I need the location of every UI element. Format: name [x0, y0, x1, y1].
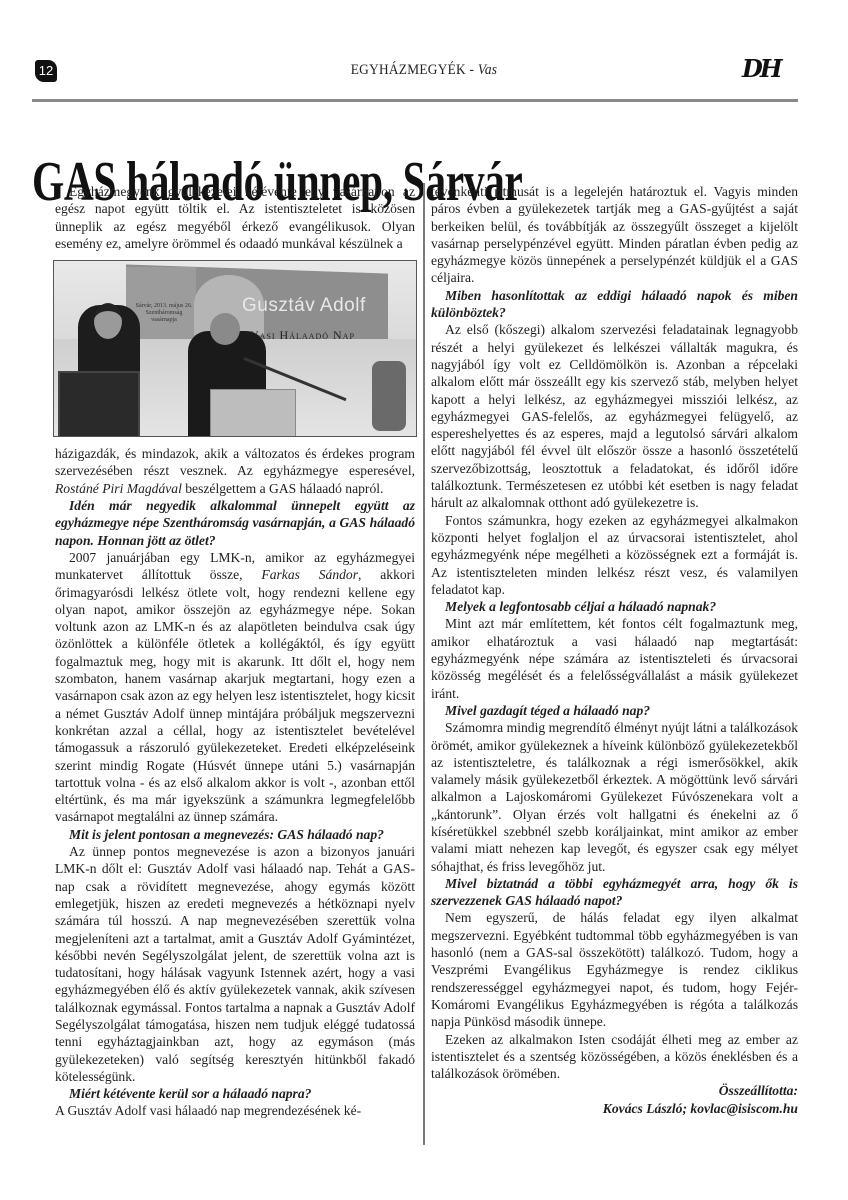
- column-divider: [423, 183, 425, 1145]
- photo-flowers: [372, 361, 406, 431]
- photo-lectern: [210, 389, 296, 437]
- answer-7: Nem egyszerű, de hálás feladat egy ilyen…: [431, 909, 798, 1030]
- answer-3-start: A Gusztáv Adolf vasi hálaadó nap megrend…: [55, 1102, 415, 1119]
- intro-continuation: házigazdák, és mindazok, akik a változat…: [55, 445, 415, 497]
- question-1: Idén már negyedik alkalommal ünnepelt eg…: [55, 497, 415, 549]
- publication-logo: DH: [742, 54, 780, 83]
- question-6: Mivel gazdagít téged a hálaadó nap?: [431, 702, 798, 719]
- byline-author: Kovács László; kovlac@isiscom.hu: [431, 1100, 798, 1117]
- section-separator: -: [466, 62, 478, 78]
- header-rule: [32, 99, 798, 102]
- intro-text-a: házigazdák, és mindazok, akik a változat…: [55, 446, 415, 478]
- section-name: EGYHÁZMEGYÉK: [351, 62, 466, 78]
- question-4: Miben hasonlítottak az eddigi hálaadó na…: [431, 287, 798, 322]
- answer-6: Számomra mindig megrendítő élményt nyújt…: [431, 719, 798, 875]
- article-photo: Sárvár, 2013. május 26. Szentháromság va…: [53, 260, 417, 437]
- photo-banner-title: Gusztáv Adolf: [242, 297, 366, 314]
- answer-2: Az ünnep pontos megnevezése is azon a bi…: [55, 843, 415, 1085]
- running-head: EGYHÁZMEGYÉK - Vas: [34, 62, 814, 79]
- photo-person-left-head: [94, 303, 122, 339]
- intro-text-b: beszélgettem a GAS hálaadó napról.: [182, 481, 384, 496]
- photo-banner-date: Sárvár, 2013. május 26. Szentháromság va…: [134, 303, 194, 324]
- question-3: Miért kétévente kerül sor a hálaadó napr…: [55, 1085, 415, 1102]
- interviewee-name: Rostáné Piri Magdával: [55, 481, 182, 496]
- answer-3-continued: tévenkénti ritmusát is a legelején határ…: [431, 183, 798, 287]
- answer-5: Mint azt már említettem, két fontos célt…: [431, 615, 798, 701]
- question-2: Mit is jelent pontosan a megnevezés: GAS…: [55, 826, 415, 843]
- intro-paragraph: Egyházmegyénk gyülekezetei kétévente egy…: [55, 183, 415, 252]
- photo-loudspeaker: [58, 371, 140, 437]
- question-7: Mivel biztatnád a többi egyházmegyét arr…: [431, 875, 798, 910]
- answer-7b: Ezeken az alkalmakon Isten csodáját élhe…: [431, 1031, 798, 1083]
- question-5: Melyek a legfontosabb céljai a hálaadó n…: [431, 598, 798, 615]
- photo-pastor-head: [210, 313, 240, 345]
- answer-1: 2007 januárjában egy LMK-n, amikor az eg…: [55, 549, 415, 826]
- left-column: Egyházmegyénk gyülekezetei kétévente egy…: [55, 183, 415, 1120]
- subsection-name: Vas: [478, 62, 497, 78]
- answer-1-b: , akkori őrimagyarósdi lelkész ötlete vo…: [55, 567, 415, 824]
- person-name: Farkas Sándor: [261, 567, 358, 582]
- right-column: tévenkénti ritmusát is a legelején határ…: [431, 183, 798, 1117]
- byline-label: Összeállította:: [431, 1082, 798, 1099]
- answer-4b: Fontos számunkra, hogy ezeken az egyházm…: [431, 512, 798, 598]
- answer-4: Az első (kőszegi) alkalom szervezési fel…: [431, 321, 798, 511]
